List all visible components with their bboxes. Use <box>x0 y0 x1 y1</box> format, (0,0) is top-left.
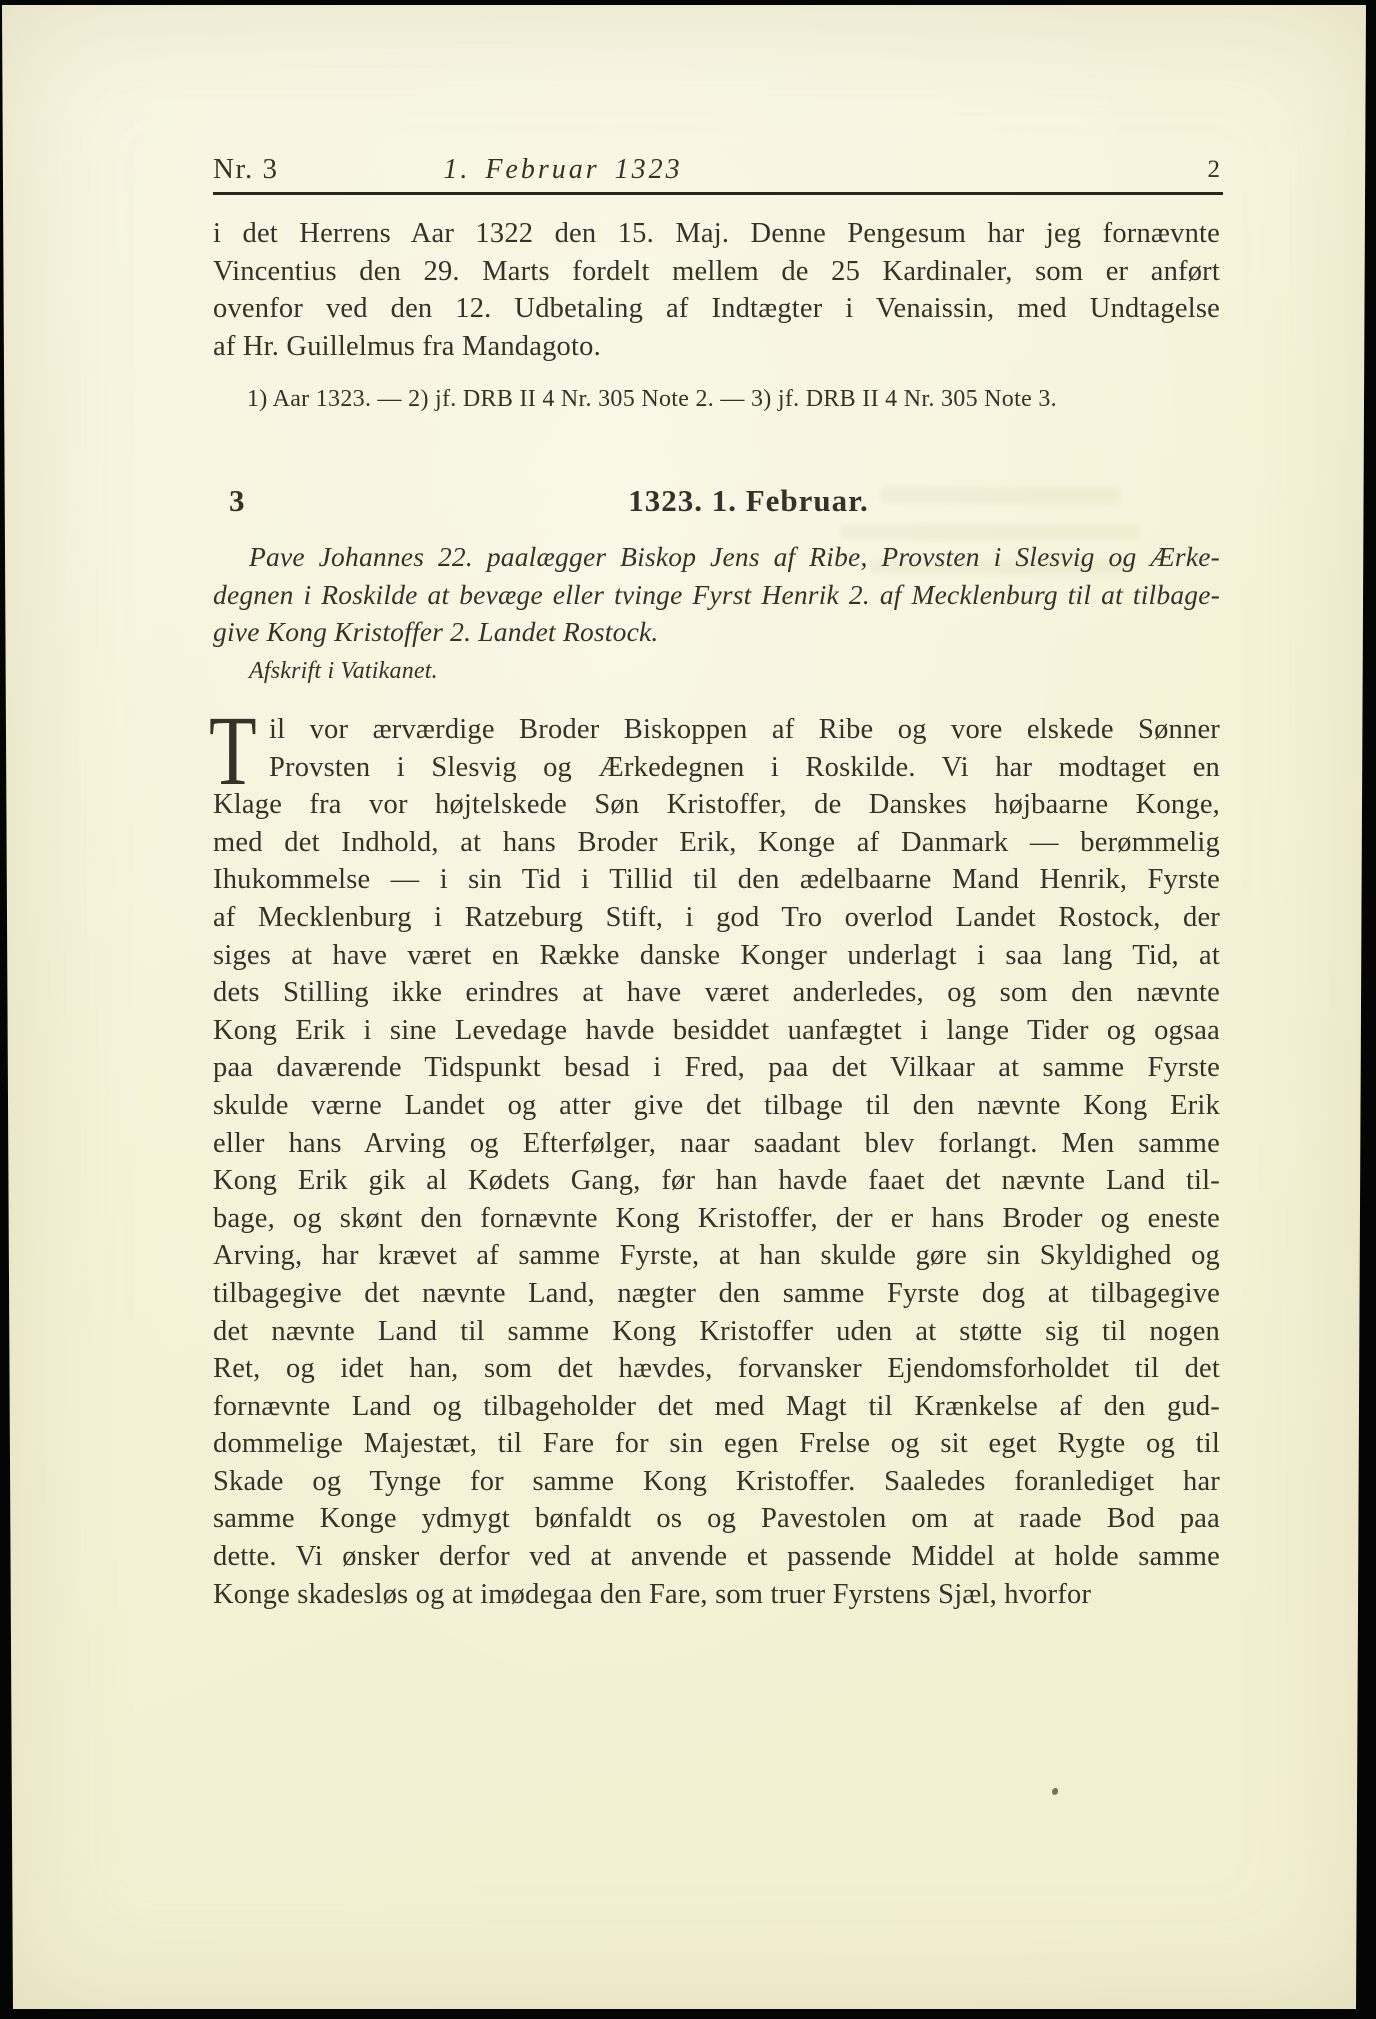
running-head-number: Nr. 3 <box>213 153 279 186</box>
text-line: siges at have været en Række danske Kong… <box>213 937 1220 975</box>
header-rule <box>213 192 1223 195</box>
footnote-line: 1) Aar 1323. — 2) jf. DRB II 4 Nr. 305 N… <box>213 384 1220 414</box>
page-number: 2 <box>1208 156 1221 184</box>
text-line: eller hans Arving og Efterfølger, naar s… <box>213 1125 1220 1163</box>
continuation-paragraph: i det Herrens Aar 1322 den 15. Maj. Denn… <box>213 215 1220 365</box>
drop-cap: T <box>209 714 257 788</box>
text-line: skulde værne Landet og atter give det ti… <box>213 1087 1220 1125</box>
entry-body: T il vor ærværdige Broder Biskoppen af R… <box>213 711 1220 1613</box>
text-line: Kong Erik i sine Levedage havde besiddet… <box>213 1012 1220 1050</box>
running-head-date: 1. Februar 1323 <box>413 154 713 186</box>
text-line: dommelige Majestæt, til Fare for sin ege… <box>213 1425 1220 1463</box>
text-line: Konge skadesløs og at imødegaa den Fare,… <box>213 1576 1220 1614</box>
text-line: tilbagegive det nævnte Land, nægter den … <box>213 1275 1220 1313</box>
text-line: Ihukommelse — i sin Tid i Tillid til den… <box>213 861 1220 899</box>
text-line: il vor ærværdige Broder Biskoppen af Rib… <box>269 711 1220 749</box>
source-note: Afskrift i Vatikanet. <box>213 656 1220 686</box>
text-line: med det Indhold, at hans Broder Erik, Ko… <box>213 824 1220 862</box>
text-line: Skade og Tynge for samme Kong Kristoffer… <box>213 1463 1220 1501</box>
text-line: give Kong Kristoffer 2. Landet Rostock. <box>213 613 1220 651</box>
entry-date-heading: 1323. 1. Februar. <box>213 482 1220 520</box>
running-head: Nr. 3 1. Februar 1323 2 <box>213 152 1220 186</box>
text-line: af Mecklenburg i Ratzeburg Stift, i god … <box>213 899 1220 937</box>
entry-regest: Pave Johannes 22. paalægger Biskop Jens … <box>213 538 1220 651</box>
text-line: paa daværende Tidspunkt besad i Fred, pa… <box>213 1049 1220 1087</box>
text-line: bage, og skønt den fornævnte Kong Kristo… <box>213 1200 1220 1238</box>
text-line: det nævnte Land til samme Kong Kristoffe… <box>213 1313 1220 1351</box>
text-line: Vincentius den 29. Marts fordelt mellem … <box>213 253 1220 291</box>
text-line: fornævnte Land og tilbageholder det med … <box>213 1388 1220 1426</box>
entry-body-lines: il vor ærværdige Broder Biskoppen af Rib… <box>213 711 1220 1613</box>
entry-heading: 3 1323. 1. Februar. <box>213 482 1220 522</box>
text-line: ovenfor ved den 12. Udbetaling af Indtæg… <box>213 290 1220 328</box>
text-line: Pave Johannes 22. paalægger Biskop Jens … <box>213 538 1220 576</box>
text-line: Ret, og idet han, som det hævdes, forvan… <box>213 1350 1220 1388</box>
text-line: dette. Vi ønsker derfor ved at anvende e… <box>213 1538 1220 1576</box>
text-line: samme Konge ydmygt bønfaldt os og Pavest… <box>213 1500 1220 1538</box>
text-line: Kong Erik gik al Kødets Gang, før han ha… <box>213 1162 1220 1200</box>
text-line: i det Herrens Aar 1322 den 15. Maj. Denn… <box>213 215 1220 253</box>
text-line: dets Stilling ikke erindres at have være… <box>213 974 1220 1012</box>
text-line: Provsten i Slesvig og Ærkedegnen i Roski… <box>269 749 1220 787</box>
text-line: degnen i Roskilde at bevæge eller tvinge… <box>213 576 1220 614</box>
text-line: Arving, har krævet af samme Fyrste, at h… <box>213 1237 1220 1275</box>
text-line: Klage fra vor højtelskede Søn Kristoffer… <box>213 786 1220 824</box>
text-line: af Hr. Guillelmus fra Mandagoto. <box>213 328 1220 366</box>
